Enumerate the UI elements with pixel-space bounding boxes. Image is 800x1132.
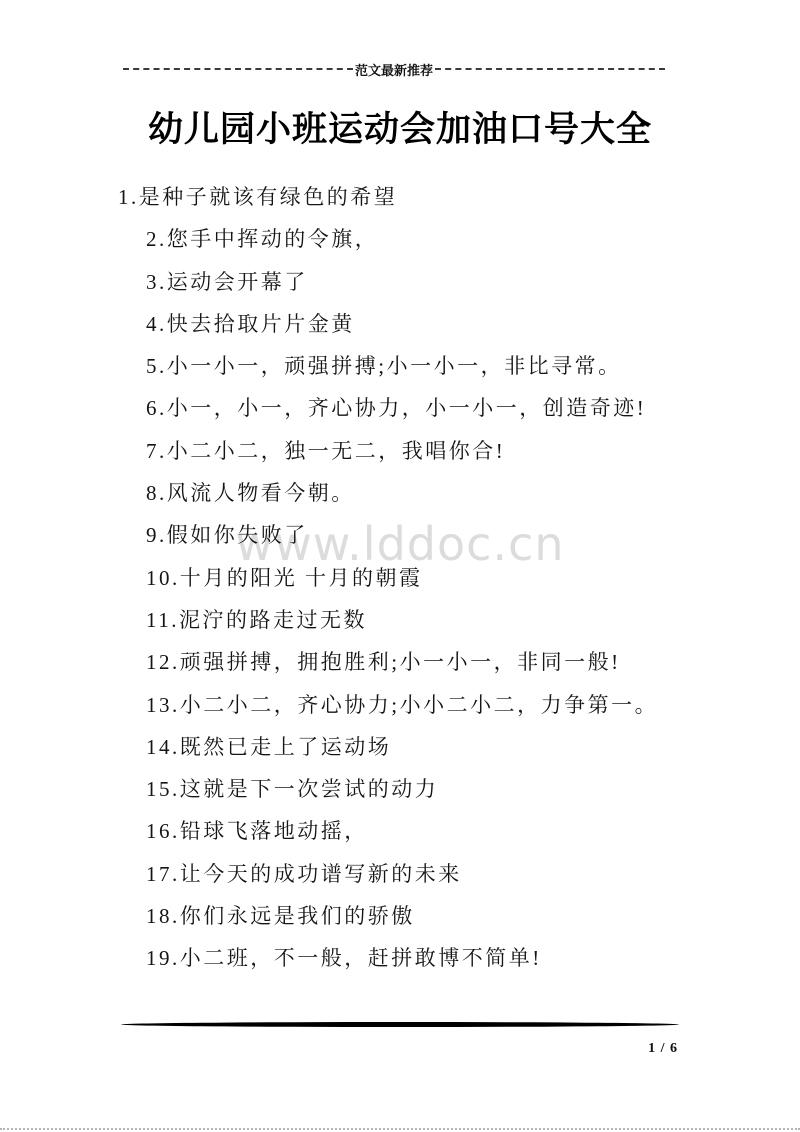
slogan-item: 13.小二小二，齐心协力;小小二小二，力争第一。 xyxy=(118,684,698,726)
slogan-item: 15.这就是下一次尝试的动力 xyxy=(118,768,698,810)
bottom-dotted-divider xyxy=(0,1128,800,1130)
slogan-item: 16.铅球飞落地动摇， xyxy=(118,810,698,852)
document-page: 范文最新推荐 幼儿园小班运动会加油口号大全 www.lddoc.cn 1.是种子… xyxy=(0,0,800,1132)
page-number: 1 / 6 xyxy=(648,1041,678,1057)
slogan-item: 17.让今天的成功谱写新的未来 xyxy=(118,853,698,895)
slogan-item: 6.小一，小一，齐心协力，小一小一，创造奇迹! xyxy=(118,387,698,429)
header-dash-right xyxy=(435,68,665,70)
page-title: 幼儿园小班运动会加油口号大全 xyxy=(0,102,800,152)
slogan-item: 4.快去拾取片片金黄 xyxy=(118,303,698,345)
slogan-item: 10.十月的阳光 十月的朝霞 xyxy=(118,557,698,599)
slogan-item: 1.是种子就该有绿色的希望 xyxy=(118,176,698,218)
slogan-item: 19.小二班，不一般，赶拼敢博不简单! xyxy=(118,937,698,979)
slogan-item: 14.既然已走上了运动场 xyxy=(118,726,698,768)
slogan-item: 8.风流人物看今朝。 xyxy=(118,472,698,514)
page-header: 范文最新推荐 xyxy=(123,61,665,77)
slogan-item: 11.泥泞的路走过无数 xyxy=(118,599,698,641)
slogan-item: 5.小一小一，顽强拼搏;小一小一，非比寻常。 xyxy=(118,345,698,387)
slogan-item: 9.假如你失败了 xyxy=(118,514,698,556)
slogan-item: 18.你们永远是我们的骄傲 xyxy=(118,895,698,937)
slogan-item: 12.顽强拼搏，拥抱胜利;小一小一，非同一般! xyxy=(118,641,698,683)
footer-divider xyxy=(121,1022,679,1027)
slogan-item: 3.运动会开幕了 xyxy=(118,261,698,303)
slogan-item: 7.小二小二，独一无二，我唱你合! xyxy=(118,430,698,472)
header-label: 范文最新推荐 xyxy=(353,60,435,79)
slogan-item: 2.您手中挥动的令旗， xyxy=(118,218,698,260)
slogan-list: 1.是种子就该有绿色的希望 2.您手中挥动的令旗， 3.运动会开幕了 4.快去拾… xyxy=(118,176,698,980)
header-dash-left xyxy=(123,68,353,70)
